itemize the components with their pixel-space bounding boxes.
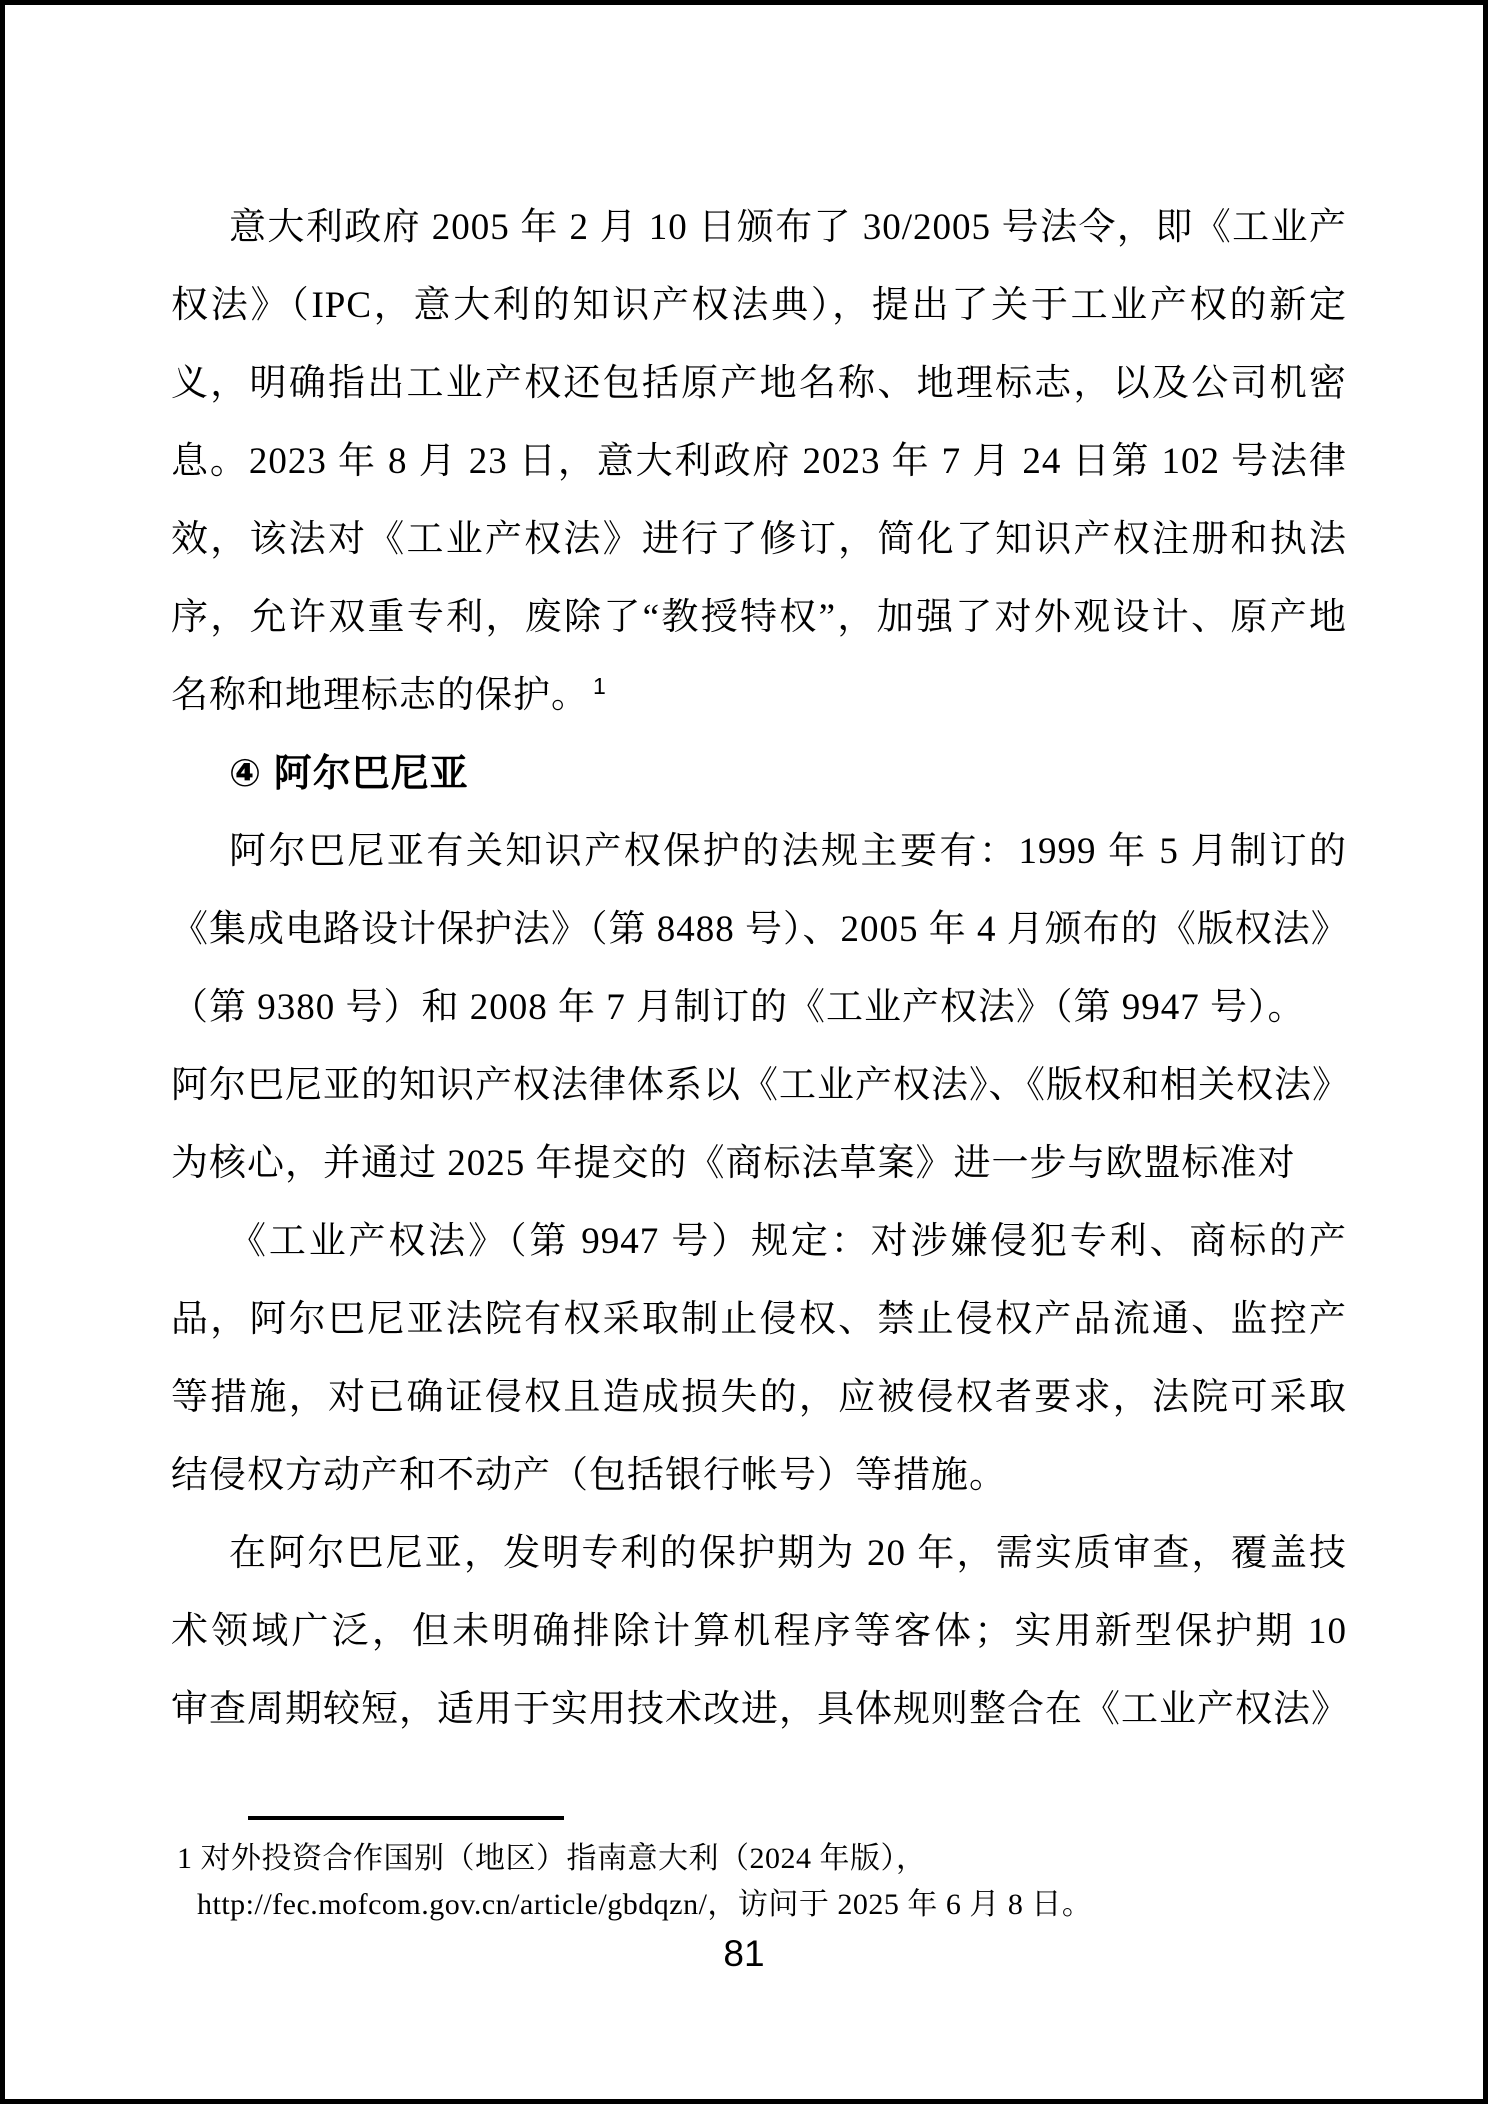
- document-body: 意大利政府 2005 年 2 月 10 日颁布了 30/2005 号法令，即《工…: [5, 5, 1483, 2099]
- text-line: 阿尔巴尼亚有关知识产权保护的法规主要有：1999 年 5 月制订的: [229, 829, 1347, 877]
- text-line: 术领域广泛，但未明确排除计算机程序等客体；实用新型保护期 10 年，: [171, 1609, 1347, 1657]
- text-line: 序，允许双重专利，废除了“教授特权”，加强了对外观设计、原产地: [171, 595, 1347, 643]
- text-line: 息。2023 年 8 月 23 日，意大利政府 2023 年 7 月 24 日第…: [171, 439, 1347, 487]
- footnote-line-2: http://fec.mofcom.gov.cn/article/gbdqzn/…: [197, 1885, 1092, 1925]
- text-line: 审查周期较短，适用于实用技术改进，具体规则整合在《工业产权法》: [171, 1687, 1347, 1735]
- text-line: （第 9380 号）和 2008 年 7 月制订的《工业产权法》（第 9947 …: [171, 985, 1347, 1033]
- text-line: 效，该法对《工业产权法》进行了修订，简化了知识产权注册和执法程: [171, 517, 1347, 565]
- text-line: 《工业产权法》（第 9947 号）规定：对涉嫌侵犯专利、商标的产: [229, 1219, 1347, 1267]
- footnote-reference: 1: [593, 673, 607, 699]
- page-number: 81: [5, 1933, 1483, 1975]
- text-line: 为核心，并通过 2025 年提交的《商标法草案》进一步与欧盟标准对齐。: [171, 1141, 1347, 1189]
- text-line: 在阿尔巴尼亚，发明专利的保护期为 20 年，需实质审查，覆盖技: [229, 1531, 1347, 1579]
- text-line: 品，阿尔巴尼亚法院有权采取制止侵权、禁止侵权产品流通、监控产品: [171, 1297, 1347, 1345]
- text-line: 权法》（IPC，意大利的知识产权法典），提出了关于工业产权的新定: [171, 283, 1347, 331]
- text-line: 意大利政府 2005 年 2 月 10 日颁布了 30/2005 号法令，即《工…: [229, 205, 1347, 253]
- footnote-line-1: 1 对外投资合作国别（地区）指南意大利（2024 年版），: [177, 1839, 927, 1879]
- text-line: 等措施，对已确证侵权且造成损失的，应被侵权者要求，法院可采取冻: [171, 1375, 1347, 1423]
- section-heading: ④ 阿尔巴尼亚: [229, 751, 1347, 799]
- text-line: 阿尔巴尼亚的知识产权法律体系以《工业产权法》、《版权和相关权法》: [171, 1063, 1347, 1111]
- footnote-separator: [248, 1816, 564, 1820]
- text-line: 结侵权方动产和不动产（包括银行帐号）等措施。: [171, 1453, 1347, 1501]
- document-page: 意大利政府 2005 年 2 月 10 日颁布了 30/2005 号法令，即《工…: [0, 0, 1488, 2104]
- text-line: 义，明确指出工业产权还包括原产地名称、地理标志，以及公司机密信: [171, 361, 1347, 409]
- text-line: 名称和地理标志的保护。1: [171, 673, 1347, 721]
- text-line: 《集成电路设计保护法》（第 8488 号）、2005 年 4 月颁布的《版权法》: [171, 907, 1347, 955]
